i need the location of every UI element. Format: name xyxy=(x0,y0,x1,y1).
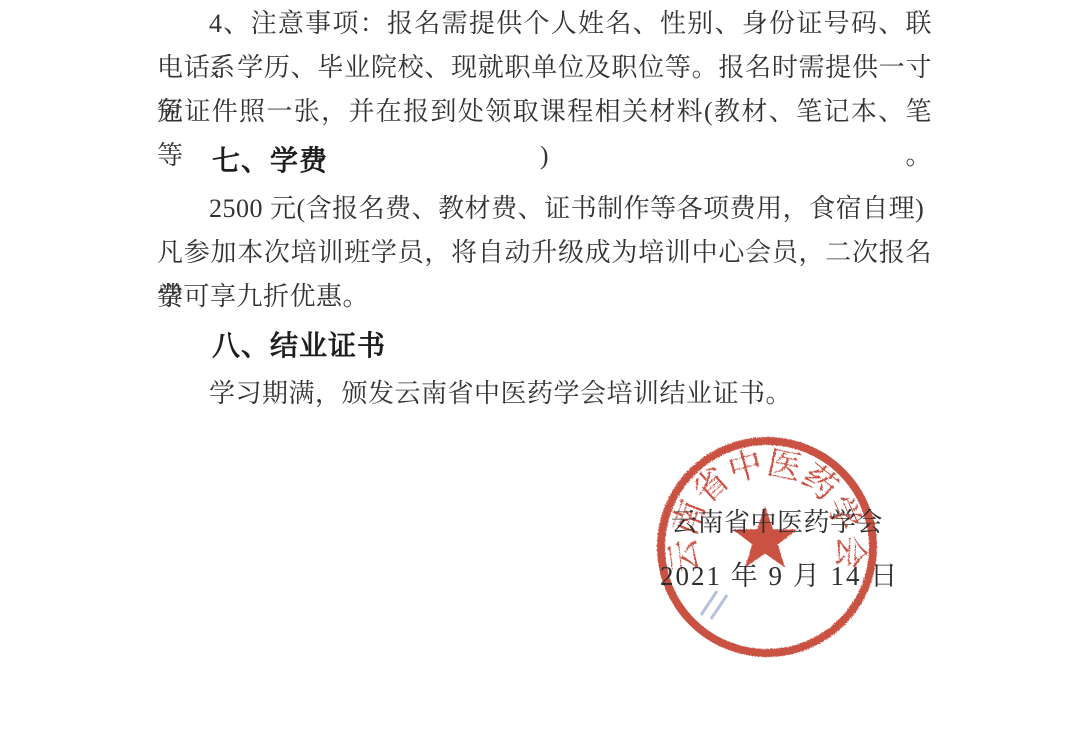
body-line: 2500 元(含报名费、教材费、证书制作等各项费用，食宿自理) xyxy=(157,187,932,231)
body-line: 4、注意事项：报名需提供个人姓名、性别、身份证号码、联系 xyxy=(157,2,932,46)
document-body: 4、注意事项：报名需提供个人姓名、性别、身份证号码、联系 电话、学历、毕业院校、… xyxy=(157,2,932,416)
body-line: 电话、学历、毕业院校、现就职单位及职位等。报名时需提供一寸免 xyxy=(157,46,932,90)
document-page: 4、注意事项：报名需提供个人姓名、性别、身份证号码、联系 电话、学历、毕业院校、… xyxy=(0,0,1080,730)
seal-graphic: 云南省中医药学会 xyxy=(649,429,889,669)
section-heading-certificate: 八、结业证书 xyxy=(157,325,932,369)
signature-date: 2021 年 9 月 14 日 xyxy=(660,560,899,592)
body-line: 冠证件照一张，并在报到处领取课程相关材料(教材、笔记本、笔等)。 xyxy=(157,90,932,134)
body-line: 费可享九折优惠。 xyxy=(157,275,932,319)
body-line: 凡参加本次培训班学员，将自动升级成为培训中心会员，二次报名学 xyxy=(157,231,932,275)
official-seal: 云南省中医药学会 xyxy=(649,429,889,669)
signature-organization: 云南省中医药学会 xyxy=(671,508,883,538)
body-line: 学习期满，颁发云南省中医药学会培训结业证书。 xyxy=(157,372,932,416)
pen-mark xyxy=(701,591,727,619)
